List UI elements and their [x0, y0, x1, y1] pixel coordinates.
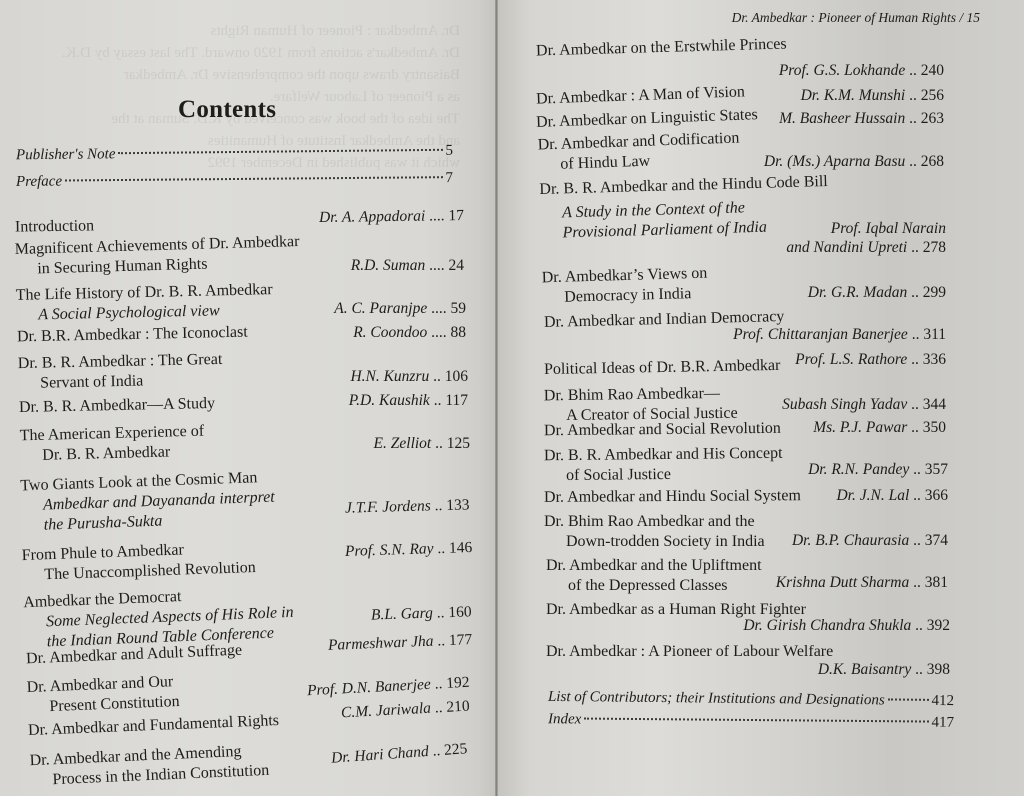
toc-entry[interactable]: Dr. B.R. Ambedkar : The Iconoclast: [17, 323, 248, 348]
leader: ..: [435, 435, 443, 452]
entry-author-page: M. Basheer Hussain .. 263: [779, 109, 944, 129]
page-number: 5: [445, 141, 453, 161]
author-name: Prof. D.N. Banerjee: [307, 676, 432, 699]
dot-leader: [65, 176, 442, 181]
leader: ..: [909, 110, 917, 127]
author-name: Subash Singh Yadav: [782, 396, 907, 413]
book-spread: Dr. Ambedkar : Pioneer of Human RightsDr…: [0, 0, 1024, 796]
page-number: 177: [448, 631, 472, 649]
page-number: 160: [448, 603, 472, 621]
page-number: 374: [925, 532, 948, 549]
entry-author-page: Dr. B.P. Chaurasia .. 374: [792, 531, 948, 551]
leader: ....: [431, 324, 447, 341]
toc-entry-contributors[interactable]: List of Contributors; their Institutions…: [548, 687, 954, 711]
entry-author-page: J.T.F. Jordens .. 133: [345, 495, 470, 518]
page-number: 133: [447, 496, 471, 514]
toc-entry[interactable]: Dr. Ambedkar’s Views on Democracy in Ind…: [541, 264, 708, 309]
entry-subtitle: Dr. B. R. Ambedkar: [20, 442, 205, 467]
page-number: 311: [923, 326, 946, 343]
toc-entry[interactable]: Two Giants Look at the Cosmic Man Ambedk…: [20, 468, 276, 537]
entry-author-page: Dr. J.N. Lal .. 366: [836, 486, 948, 506]
page-number: 412: [931, 691, 954, 711]
author-name: R.D. Suman: [351, 257, 425, 274]
entry-title: Dr. B. R. Ambedkar : The Great: [18, 350, 223, 374]
dot-leader: [118, 149, 442, 154]
toc-entry[interactable]: Dr. Ambedkar and Hindu Social System: [544, 486, 801, 508]
entry-subtitle: Servant of India: [18, 370, 223, 394]
author-name: Dr. Hari Chand: [331, 743, 430, 767]
page-number: 392: [927, 617, 950, 634]
entry-title: Dr. Ambedkar on the Erstwhile Princes: [536, 35, 787, 62]
entry-title: Dr. Ambedkar : A Pioneer of Labour Welfa…: [546, 642, 833, 662]
entry-author-page: P.D. Kaushik .. 117: [349, 391, 468, 411]
toc-entry[interactable]: Dr. Ambedkar on the Erstwhile Princes: [536, 35, 787, 62]
toc-entry-preface[interactable]: Preface 7: [16, 168, 453, 192]
author-name: M. Basheer Hussain: [779, 110, 905, 127]
entry-author-page: Prof. G.S. Lokhande .. 240: [779, 61, 944, 81]
page-title: Contents: [178, 96, 276, 124]
entry-subtitle: Democracy in India: [542, 284, 708, 309]
leader: ..: [909, 87, 917, 104]
page-number: 381: [925, 574, 948, 591]
entry-title: Dr. Bhim Rao Ambedkar and the: [544, 512, 765, 532]
author-name: Prof. Iqbal Narain: [831, 220, 946, 237]
leader: ..: [915, 617, 923, 634]
page-number: 106: [445, 368, 468, 385]
author-name: Prof. Chittaranjan Banerjee: [733, 326, 908, 343]
entry-author-page: Prof. L.S. Rathore .. 336: [795, 350, 946, 370]
toc-entry[interactable]: Dr. B. R. Ambedkar—A Study: [19, 394, 215, 418]
author-name: Prof. S.N. Ray: [344, 540, 433, 560]
page-number: 240: [921, 62, 944, 79]
page-number: 366: [925, 487, 948, 504]
author-name: Dr. R.N. Pandey: [808, 461, 909, 478]
toc-entry[interactable]: Dr. Ambedkar and Codification of Hindu L…: [537, 128, 740, 175]
page-number: 278: [923, 239, 946, 256]
author-name: Ms. P.J. Pawar: [813, 419, 907, 436]
author-name: C.M. Jariwala: [341, 700, 432, 722]
entry-author-page: Dr. Hari Chand .. 225: [331, 739, 469, 768]
page-number: 210: [446, 698, 470, 716]
author-name: Prof. L.S. Rathore: [795, 351, 907, 368]
toc-entry-publishers-note[interactable]: Publisher's Note 5: [16, 141, 453, 166]
leader: ....: [429, 207, 445, 224]
leader: ..: [911, 239, 919, 256]
toc-entry[interactable]: Political Ideas of Dr. B.R. Ambedkar: [544, 356, 781, 380]
toc-entry-index[interactable]: Index 417: [548, 709, 954, 733]
author-name: Dr. Girish Chandra Shukla: [743, 617, 911, 634]
author-name: J.T.F. Jordens: [345, 497, 431, 516]
entry-author-page: R. Coondoo .... 88: [353, 323, 466, 343]
author-name: P.D. Kaushik: [349, 392, 430, 409]
entry-author-page: Dr. K.M. Munshi .. 256: [801, 86, 944, 106]
toc-entry[interactable]: Dr. Ambedkar and Social Revolution: [544, 419, 781, 441]
entry-title: Dr. Ambedkar and Social Revolution: [544, 419, 781, 441]
page-number: 350: [923, 419, 946, 436]
author-name: Dr. B.P. Chaurasia: [792, 532, 909, 549]
page-number: 117: [445, 392, 468, 409]
entry-subtitle: of Social Justice: [544, 464, 783, 486]
entry-author-page: Ms. P.J. Pawar .. 350: [813, 418, 946, 438]
entry-author-page: and Nandini Upreti .. 278: [786, 238, 946, 258]
leader: ..: [915, 661, 923, 678]
leader: ....: [429, 257, 445, 274]
leader: ..: [913, 532, 921, 549]
leader: ..: [913, 574, 921, 591]
page-number: 263: [921, 110, 944, 127]
entry-author-page: A. C. Paranjpe .... 59: [334, 299, 466, 319]
running-head: Dr. Ambedkar : Pioneer of Human Rights /…: [732, 10, 980, 26]
entry-author-page: C.M. Jariwala .. 210: [341, 697, 471, 724]
dot-leader: [584, 718, 928, 723]
leader: ..: [433, 368, 441, 385]
entry-label: List of Contributors; their Institutions…: [548, 687, 885, 711]
toc-entry[interactable]: The Life History of Dr. B. R. Ambedkar A…: [16, 280, 274, 326]
leader: ..: [913, 487, 921, 504]
author-name: Dr. G.R. Madan: [808, 284, 907, 301]
entry-author-page: H.N. Kunzru .. 106: [350, 367, 468, 387]
leader: ....: [431, 300, 447, 317]
entry-author-line1: Prof. Iqbal Narain: [831, 219, 946, 239]
author-name: Parmeshwar Jha: [327, 633, 433, 654]
author-name-line2: and Nandini Upreti: [786, 239, 907, 256]
author-name: Dr. (Ms.) Aparna Basu: [764, 153, 905, 170]
page-number: 357: [925, 461, 948, 478]
entry-author-page: Prof. Chittaranjan Banerjee .. 311: [733, 325, 946, 345]
entry-label: Index: [548, 709, 581, 729]
page-number: 225: [444, 740, 468, 759]
toc-entry[interactable]: Magnificent Achievements of Dr. Ambedkar…: [14, 232, 300, 280]
page-number: 125: [447, 435, 470, 452]
entry-subtitle: Down-trodden Society in India: [544, 532, 765, 552]
page-number: 299: [923, 284, 946, 301]
page-number: 7: [445, 168, 453, 188]
entry-author-page: Subash Singh Yadav .. 344: [782, 395, 946, 415]
toc-entry[interactable]: Introduction: [15, 216, 94, 237]
dot-leader: [888, 698, 929, 700]
entry-title: Dr. B. R. Ambedkar—A Study: [19, 394, 215, 418]
page-number: 256: [921, 87, 944, 104]
entry-author-page: Dr. Girish Chandra Shukla .. 392: [743, 616, 950, 636]
entry-author-page: Dr. G.R. Madan .. 299: [808, 283, 946, 303]
page-number: 88: [451, 324, 467, 341]
author-name: D.K. Baisantry: [818, 661, 911, 678]
author-name: E. Zelliot: [374, 435, 432, 452]
right-page: Dr. Ambedkar : Pioneer of Human Rights /…: [498, 0, 1024, 796]
entry-title: Dr. B.R. Ambedkar : The Iconoclast: [17, 323, 248, 348]
page-number: 192: [446, 674, 470, 692]
entry-author-page: Dr. R.N. Pandey .. 357: [808, 460, 948, 480]
entry-label: Publisher's Note: [16, 144, 116, 165]
page-number: 146: [448, 539, 472, 557]
leader: ..: [909, 153, 917, 170]
toc-entry[interactable]: Dr. Ambedkar : A Man of Vision: [536, 82, 746, 109]
leader: ..: [909, 62, 917, 79]
toc-entry[interactable]: Dr. B. R. Ambedkar and His Concept of So…: [544, 444, 783, 486]
entry-title: Dr. B. R. Ambedkar and His Concept: [544, 444, 783, 466]
toc-entry[interactable]: From Phule to Ambedkar The Unaccomplishe…: [21, 538, 256, 586]
entry-author-page: B.L. Garg .. 160: [371, 602, 472, 625]
leader: ..: [911, 419, 919, 436]
page-number: 398: [927, 661, 950, 678]
entry-title: Dr. Ambedkar : A Man of Vision: [536, 82, 746, 109]
page-number: 59: [451, 300, 467, 317]
entry-title: Dr. Ambedkar and Hindu Social System: [544, 486, 801, 508]
toc-entry[interactable]: Dr. Ambedkar and the Amending Process in…: [29, 741, 269, 791]
toc-entry[interactable]: Dr. B. R. Ambedkar and the Hindu Code Bi…: [539, 172, 829, 244]
entry-subtitle: of the Depressed Classes: [546, 576, 762, 596]
entry-title: Dr. Bhim Rao Ambedkar—: [544, 384, 738, 407]
author-name: Dr. K.M. Munshi: [801, 87, 906, 104]
page-number: 336: [923, 351, 946, 368]
page-number: 417: [931, 713, 954, 733]
entry-author-page: Prof. S.N. Ray .. 146: [344, 538, 472, 562]
author-name: H.N. Kunzru: [350, 368, 429, 385]
leader: ..: [911, 351, 919, 368]
author-name: R. Coondoo: [353, 324, 427, 341]
entry-author-page: Parmeshwar Jha .. 177: [327, 630, 472, 656]
entry-author-page: D.K. Baisantry .. 398: [818, 660, 950, 680]
leader: ..: [911, 284, 919, 301]
author-name: Dr. J.N. Lal: [836, 487, 909, 504]
toc-entry[interactable]: Dr. B. R. Ambedkar : The Great Servant o…: [18, 350, 223, 394]
entry-title: Dr. B. R. Ambedkar and the Hindu Code Bi…: [539, 172, 828, 200]
entry-author-page: R.D. Suman .... 24: [351, 256, 464, 276]
toc-entry[interactable]: Dr. Ambedkar : A Pioneer of Labour Welfa…: [546, 642, 833, 662]
entry-author-page: Krishna Dutt Sharma .. 381: [776, 573, 948, 593]
author-name: B.L. Garg: [371, 605, 433, 624]
entry-label: Preface: [16, 172, 62, 192]
entry-author-page: E. Zelliot .. 125: [374, 434, 470, 454]
entry-title: Dr. Ambedkar and the Upliftment: [546, 556, 762, 576]
entry-author-page: Dr. A. Appadorai .... 17: [319, 206, 464, 228]
author-name: Prof. G.S. Lokhande: [779, 62, 905, 79]
page-number: 17: [448, 207, 464, 224]
leader: ..: [913, 461, 921, 478]
toc-entry[interactable]: Dr. Bhim Rao Ambedkar and the Down-trodd…: [544, 512, 765, 552]
page-number: 24: [449, 257, 465, 274]
toc-entry[interactable]: The American Experience of Dr. B. R. Amb…: [20, 422, 205, 467]
toc-entry[interactable]: Dr. Ambedkar and the Upliftment of the D…: [546, 556, 762, 596]
toc-entry[interactable]: Dr. Ambedkar and Our Present Constitutio…: [26, 672, 180, 718]
toc-entry[interactable]: Ambedkar the Democrat Some Neglected Asp…: [23, 583, 295, 653]
page-number: 268: [921, 153, 944, 170]
author-name: Krishna Dutt Sharma: [776, 574, 910, 591]
author-name: A. C. Paranjpe: [334, 300, 427, 317]
left-page: Dr. Ambedkar : Pioneer of Human RightsDr…: [0, 0, 498, 796]
author-name: Dr. A. Appadorai: [319, 208, 425, 226]
entry-author-page: Dr. (Ms.) Aparna Basu .. 268: [764, 152, 944, 172]
entry-title: Introduction: [15, 216, 94, 237]
entry-title: Political Ideas of Dr. B.R. Ambedkar: [544, 356, 781, 380]
leader: ..: [911, 396, 919, 413]
page-number: 344: [923, 396, 946, 413]
